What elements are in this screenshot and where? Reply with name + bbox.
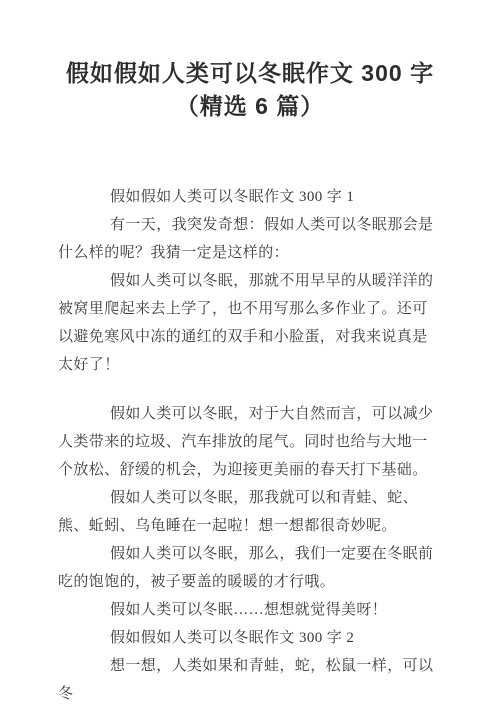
section-heading: 假如假如人类可以冬眠作文 300 字 2 xyxy=(58,624,438,652)
paragraph: 假如人类可以冬眠……想想就觉得美呀！ xyxy=(58,596,438,624)
document-page: 假如假如人类可以冬眠作文 300 字（精选 6 篇） 假如假如人类可以冬眠作文 … xyxy=(0,0,500,707)
document-title: 假如假如人类可以冬眠作文 300 字（精选 6 篇） xyxy=(64,0,436,123)
paragraph: 有一天，我突发奇想：假如人类可以冬眠那会是什么样的呢？我猜一定是这样的： xyxy=(58,211,438,267)
section-heading: 假如假如人类可以冬眠作文 300 字 1 xyxy=(58,183,438,211)
document-body: 假如假如人类可以冬眠作文 300 字 1有一天，我突发奇想：假如人类可以冬眠那会… xyxy=(0,183,500,707)
paragraph: 假如人类可以冬眠，那就不用早早的从暖洋洋的被窝里爬起来去上学了，也不用写那么多作… xyxy=(58,267,438,379)
paragraph: 假如人类可以冬眠，那我就可以和青蛙、蛇、熊、蚯蚓、乌龟睡在一起啦！想一想都很奇妙… xyxy=(58,484,438,540)
paragraph: 假如人类可以冬眠，那么，我们一定要在冬眠前吃的饱饱的，被子要盖的暖暖的才行哦。 xyxy=(58,540,438,596)
paragraph: 想一想，人类如果和青蛙，蛇，松鼠一样，可以冬 xyxy=(58,652,438,707)
paragraph: 假如人类可以冬眠，对于大自然而言，可以减少人类带来的垃圾、汽车排放的尾气。同时也… xyxy=(58,400,438,484)
